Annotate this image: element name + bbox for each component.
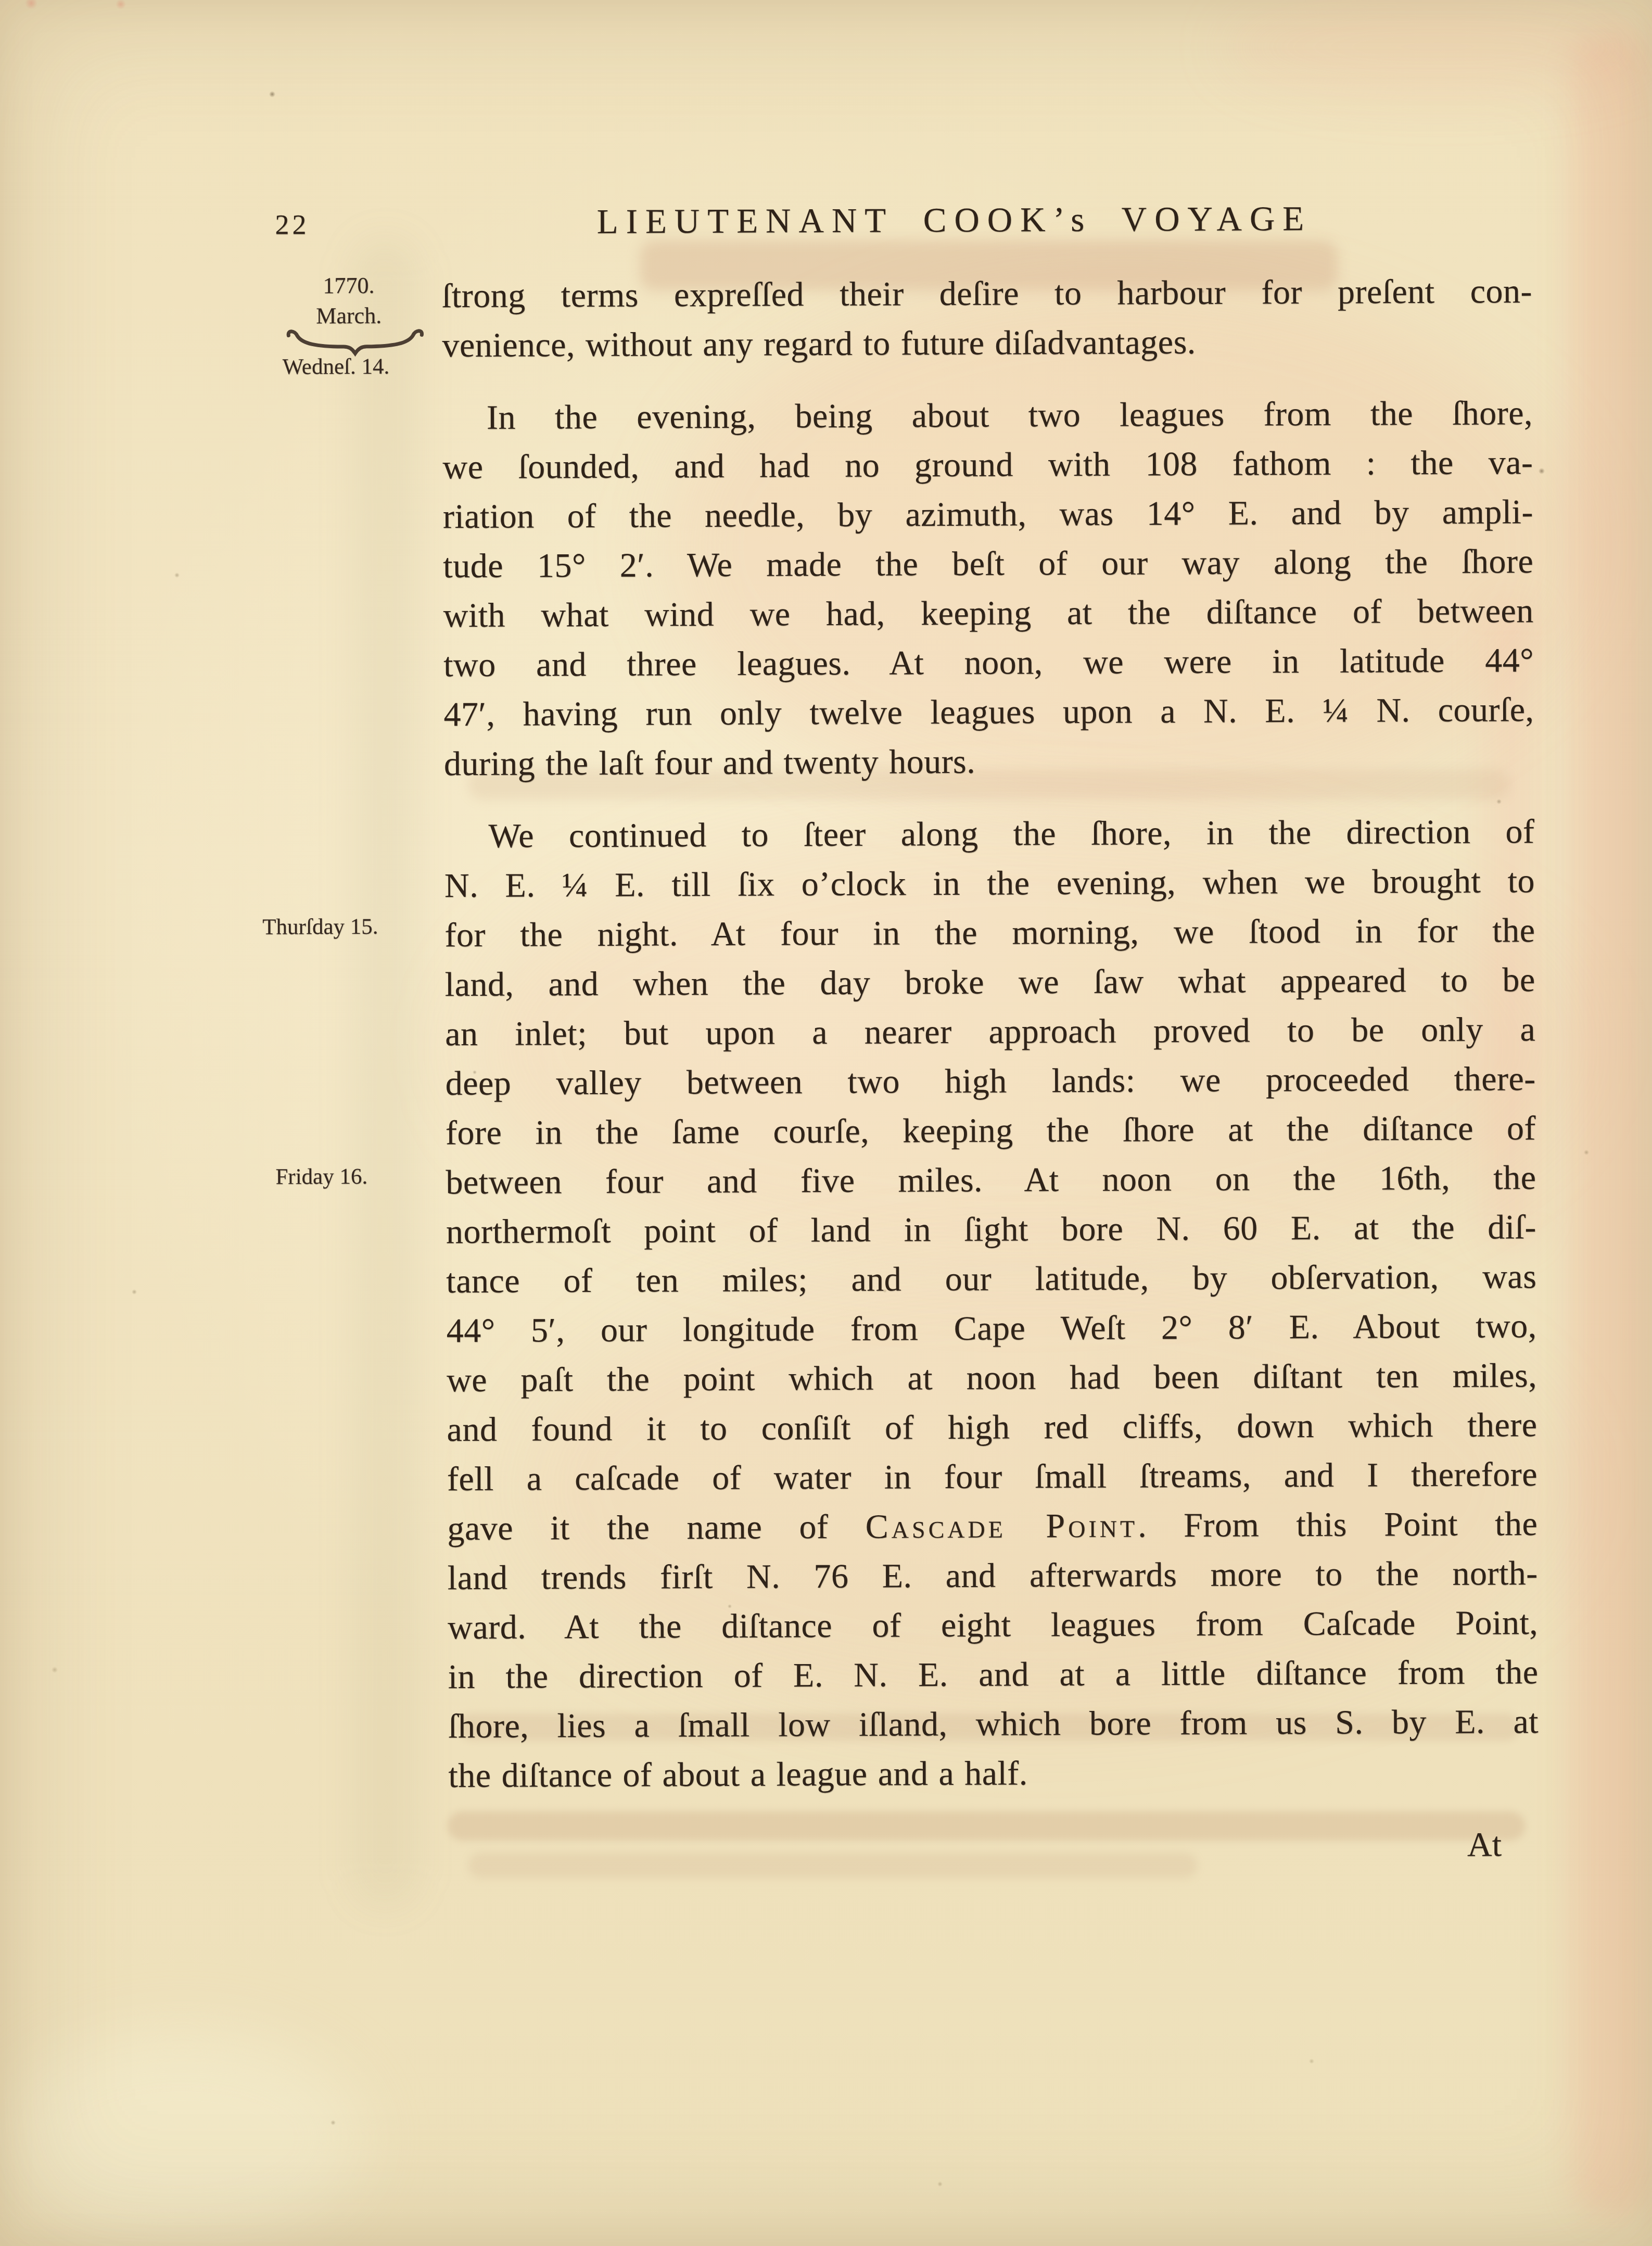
text-line: tance of ten miles; and our latitude, by…: [446, 1252, 1536, 1306]
text-line: tude 15° 2′. We made the beſt of our way…: [443, 537, 1533, 591]
text-segment: fell a caſcade of water in four ſmall ſt…: [447, 1455, 1537, 1498]
text-segment: venience, without any regard to future d…: [442, 323, 1196, 364]
catchword: At: [449, 1825, 1539, 1869]
text-segment: 44° 5′, our longitude from Cape Weſt 2° …: [447, 1307, 1537, 1350]
smallcaps-text: Cascade Point: [866, 1506, 1138, 1545]
text-line: land trends firſt N. 76 E. and afterward…: [448, 1549, 1538, 1603]
body-text: ſtrong terms expreſſed their deſire to h…: [442, 267, 1539, 1800]
text-line: we ſounded, and had no ground with 108 f…: [442, 438, 1533, 492]
text-segment: . From this Point the: [1138, 1505, 1538, 1544]
text-segment: In the evening, being about two leagues …: [487, 394, 1533, 437]
margin-note-thursday: Thurſday 15.: [262, 914, 378, 940]
text-segment: fore in the ſame courſe, keeping the ſho…: [446, 1109, 1536, 1152]
text-line: land, and when the day broke we ſaw what…: [445, 955, 1535, 1009]
text-segment: between four and five miles. At noon on …: [446, 1159, 1536, 1201]
text-segment: tance of ten miles; and our latitude, by…: [446, 1258, 1536, 1300]
text-line: 44° 5′, our longitude from Cape Weſt 2° …: [446, 1301, 1536, 1355]
text-segment: the diſtance of about a league and a hal…: [448, 1754, 1028, 1795]
text-segment: for the night. At four in the morning, w…: [444, 911, 1535, 954]
text-line: two and three leagues. At noon, we were …: [443, 636, 1534, 690]
text-segment: with what wind we had, keeping at the di…: [443, 592, 1534, 635]
running-header: LIEUTENANT COOK’s VOYAGE: [408, 198, 1501, 243]
text-line: 47′, having run only twelve leagues upon…: [443, 685, 1534, 739]
text-segment: 47′, having run only twelve leagues upon…: [443, 691, 1534, 733]
paragraph: In the evening, being about two leagues …: [442, 388, 1534, 789]
text-line: fore in the ſame courſe, keeping the ſho…: [446, 1103, 1536, 1158]
margin-year: 1770.: [286, 270, 411, 301]
text-line: fell a caſcade of water in four ſmall ſt…: [447, 1450, 1537, 1504]
date-brace-icon: [282, 326, 428, 357]
text-line: gave it the name of Cascade Point. From …: [447, 1499, 1537, 1553]
text-line: ſtrong terms expreſſed their deſire to h…: [442, 267, 1532, 321]
text-segment: and found it to conſiſt of high red clif…: [447, 1406, 1537, 1449]
page-content: 22 LIEUTENANT COOK’s VOYAGE 1770. March.…: [0, 0, 1652, 2246]
text-segment: we paſt the point which at noon had been…: [447, 1356, 1537, 1399]
text-line: the diſtance of about a league and a hal…: [448, 1746, 1539, 1800]
page-number: 22: [275, 208, 309, 240]
text-line: riation of the needle, by azimuth, was 1…: [443, 487, 1533, 541]
text-segment: we ſounded, and had no ground with 108 f…: [442, 443, 1533, 486]
text-segment: during the laſt four and twenty hours.: [444, 743, 976, 783]
text-line: venience, without any regard to future d…: [442, 316, 1532, 370]
paragraph: ſtrong terms expreſſed their deſire to h…: [442, 267, 1533, 370]
text-line: in the direction of E. N. E. and at a li…: [448, 1647, 1538, 1702]
text-segment: two and three leagues. At noon, we were …: [443, 641, 1534, 684]
text-segment: gave it the name of: [447, 1508, 866, 1548]
text-segment: deep valley between two high lands: we p…: [445, 1060, 1535, 1102]
text-segment: We continued to ſteer along the ſhore, i…: [488, 813, 1534, 855]
text-segment: ſhore, lies a ſmall low iſland, which bo…: [448, 1703, 1539, 1745]
text-segment: riation of the needle, by azimuth, was 1…: [443, 493, 1533, 536]
text-line: deep valley between two high lands: we p…: [445, 1054, 1535, 1108]
text-segment: ſtrong terms expreſſed their deſire to h…: [442, 272, 1532, 315]
text-segment: N. E. ¼ E. till ſix o’clock in the eveni…: [444, 862, 1535, 905]
text-segment: land, and when the day broke we ſaw what…: [445, 961, 1535, 1004]
text-segment: in the direction of E. N. E. and at a li…: [448, 1653, 1538, 1696]
text-line: and found it to conſiſt of high red clif…: [447, 1400, 1537, 1454]
margin-note-wednesday: Wedneſ. 14.: [282, 354, 389, 380]
paragraph: We continued to ſteer along the ſhore, i…: [444, 807, 1539, 1800]
margin-note-date: 1770. March.: [286, 270, 412, 331]
text-line: ward. At the diſtance of eight leagues f…: [448, 1598, 1538, 1652]
text-segment: an inlet; but upon a nearer approach pro…: [445, 1010, 1535, 1053]
text-segment: tude 15° 2′. We made the beſt of our way…: [443, 542, 1533, 585]
text-line: We continued to ſteer along the ſhore, i…: [444, 807, 1534, 861]
book-page: 22 LIEUTENANT COOK’s VOYAGE 1770. March.…: [0, 0, 1652, 2246]
text-line: during the laſt four and twenty hours.: [444, 734, 1534, 789]
text-line: N. E. ¼ E. till ſix o’clock in the eveni…: [444, 856, 1535, 910]
text-line: In the evening, being about two leagues …: [442, 388, 1533, 442]
text-segment: northermoſt point of land in ſight bore …: [446, 1208, 1536, 1251]
text-line: with what wind we had, keeping at the di…: [443, 586, 1533, 640]
text-line: an inlet; but upon a nearer approach pro…: [445, 1005, 1535, 1059]
text-line: ſhore, lies a ſmall low iſland, which bo…: [448, 1697, 1539, 1751]
text-line: we paſt the point which at noon had been…: [447, 1351, 1537, 1405]
text-line: for the night. At four in the morning, w…: [444, 906, 1535, 960]
margin-note-friday: Friday 16.: [275, 1164, 367, 1190]
text-segment: ward. At the diſtance of eight leagues f…: [448, 1604, 1538, 1646]
text-line: northermoſt point of land in ſight bore …: [446, 1202, 1536, 1257]
text-line: between four and five miles. At noon on …: [446, 1153, 1536, 1207]
text-segment: land trends firſt N. 76 E. and afterward…: [448, 1554, 1538, 1597]
